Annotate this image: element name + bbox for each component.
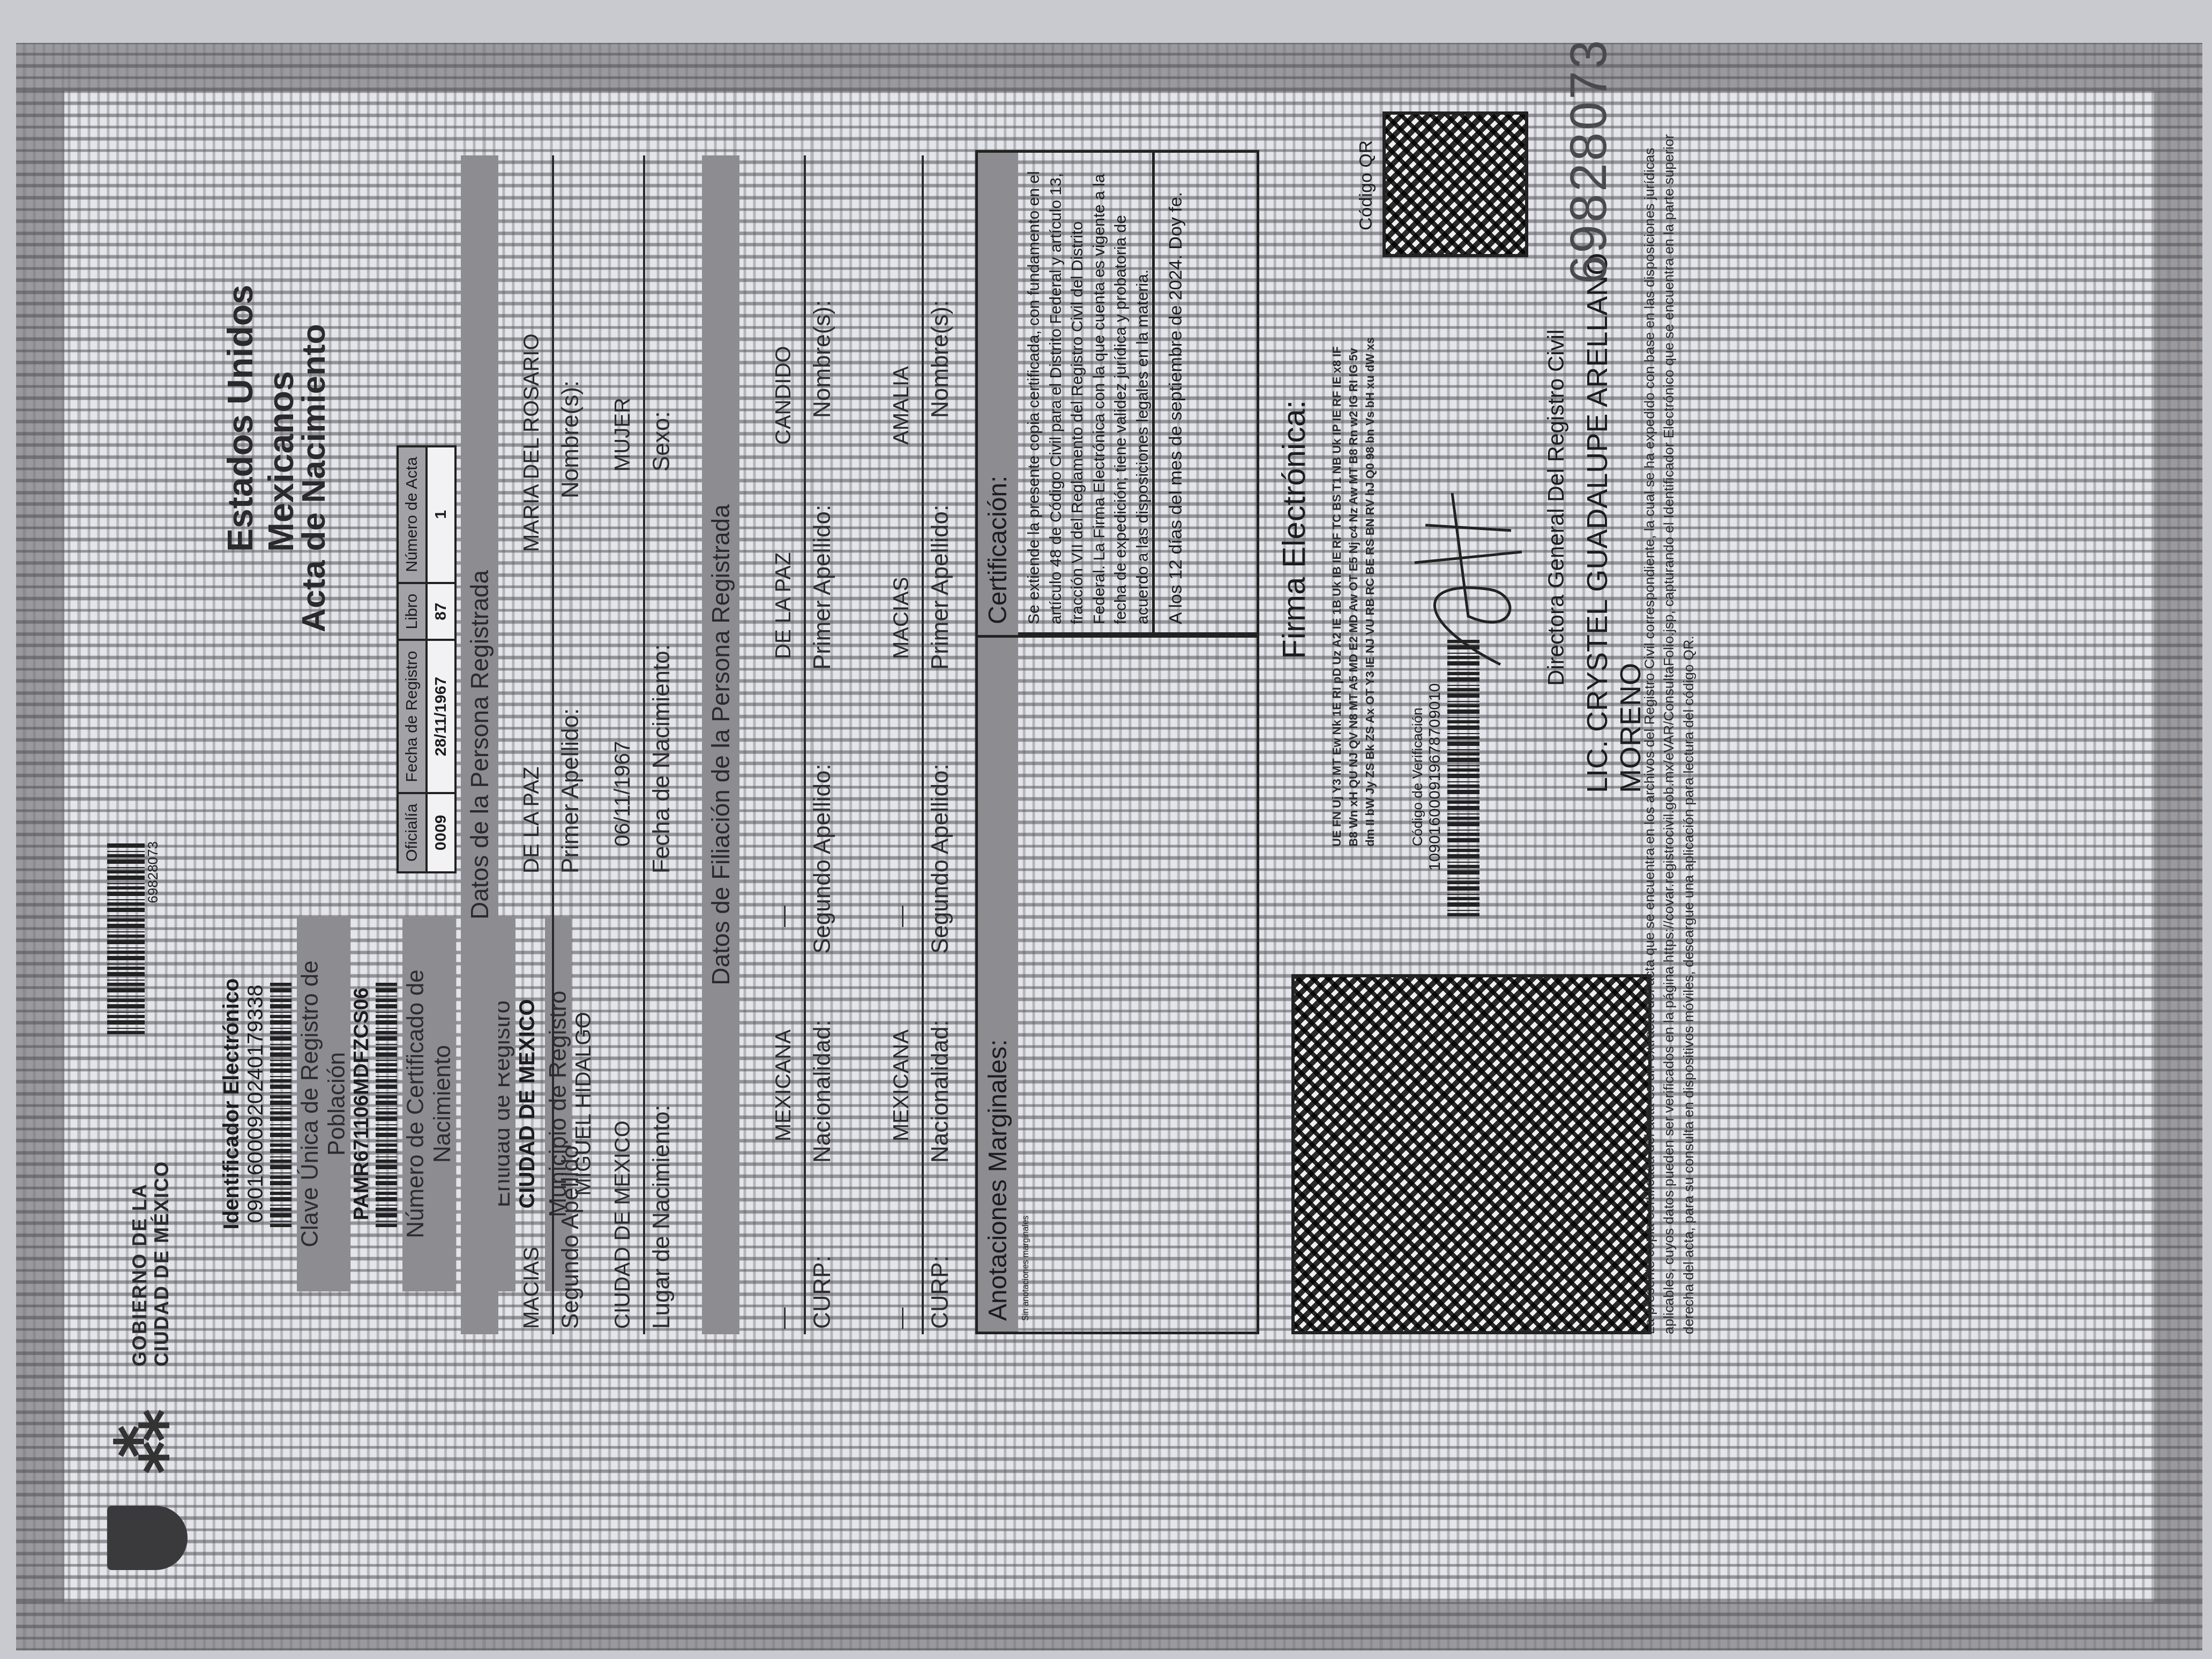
marginal-notes-box: Anotaciones Marginales: Sin anotaciones … [975,632,1259,1334]
qr-code-large-icon [1291,974,1651,1334]
person-sex-label: Sexo: [648,411,675,472]
identifiers-block: Identificador Electrónico 09016000920240… [220,916,596,1291]
verification-barcode-icon [1447,638,1479,916]
country-title: Estados Unidos Mexicanos [220,123,301,552]
divider [552,155,554,1334]
person-second-surname-value: MACIAS [520,1247,544,1329]
mother-second-surname-label: Segundo Apellido: [927,764,954,954]
cdmx-logo-icon: ⁂ [113,1409,177,1474]
table-header-numero-acta: Número de Acta [398,446,427,583]
table-header-libro: Libro [398,583,427,640]
table-cell-fecha-registro: 28/11/1967 [427,640,455,793]
father-names-value: CANDIDO [772,346,796,445]
table-header-oficialia: Oficialía [398,793,427,872]
table-cell-libro: 87 [427,583,455,640]
marginal-notes-title: Anotaciones Marginales: [978,635,1018,1332]
birth-cert-number-label: Número de Certificado de Nacimiento [402,916,456,1291]
person-names-value: MARIA DEL ROSARIO [520,334,544,552]
top-barcode-number: 69828073 [145,841,161,1034]
signer-role: Directora General Del Registro Civil [1543,330,1569,686]
person-birth-place-label: Lugar de Nacimiento: [648,1105,675,1329]
divider [804,155,806,1334]
electronic-id-label: Identificador Electrónico [220,916,244,1291]
document-content: ⁂ GOBIERNO DE LA CIUDAD DE MÉXICO 698280… [96,123,2122,1570]
table-header-fecha-registro: Fecha de Registro [398,640,427,793]
top-barcode: 69828073 [107,841,161,1034]
father-nationality-value: MEXICANA [772,1029,796,1141]
marginal-notes-text: Sin anotaciones marginales [1018,635,1034,1332]
father-first-surname-value: DE LA PAZ [772,552,796,659]
person-sex-value: MUJER [611,398,635,472]
verification-code: 109016000919678709010 [1426,616,1444,938]
mother-names-value: AMALIA [890,366,914,445]
curp-label: Clave Única de Registro de Población [297,916,350,1291]
person-birth-place-value: CIUDAD DE MEXICO [611,1120,635,1329]
father-curp-label: CURP: [809,1256,836,1329]
government-name: GOBIERNO DE LA CIUDAD DE MÉXICO [129,1161,173,1366]
person-birth-date-label: Fecha de Nacimiento: [648,644,675,873]
father-second-surname-value: — [772,906,796,927]
mother-curp-label: CURP: [927,1256,954,1329]
qr-code-small-icon [1382,111,1528,257]
government-line-1: GOBIERNO DE LA [129,1161,151,1366]
person-placeholder-dash: — [568,1013,592,1034]
verification-label: Código de Verificación [1409,616,1426,938]
signature-line-2: B8 Wn xH QU NJ QV N8 MT A5 MD E2 MD Aw O… [1346,177,1362,847]
father-curp-value: — [772,1307,796,1329]
certification-date-line: A los 12 días del mes de septiembre de 2… [1152,153,1257,635]
verification-block: Código de Verificación 10901600091967870… [1409,616,1483,938]
barcode-icon [107,841,145,1034]
registry-table: Oficialía Fecha de Registro Libro Número… [397,445,457,873]
table-cell-numero-acta: 1 [427,446,455,583]
curp-value: PAMR671106MDFZCS06 [350,916,373,1291]
filiation-section-title: Datos de Filiación de la Persona Registr… [702,155,739,1334]
electronic-signature-title: Firma Electrónica: [1275,400,1312,659]
person-names-label: Nombre(s): [557,380,584,498]
qr-code-label: Código QR [1356,140,1377,230]
electronic-id-value: 09016000920240179338 [244,916,268,1291]
person-first-surname-value: DE LA PAZ [520,767,544,873]
mother-curp-value: — [890,1307,914,1329]
mother-names-label: Nombre(s): [927,300,954,418]
registered-person-section-title: Datos de la Persona Registrada [461,155,498,1334]
government-line-2: CIUDAD DE MÉXICO [151,1161,173,1366]
person-birth-date-value: 06/11/1967 [611,741,635,847]
cdmx-shield-icon [107,1506,188,1570]
mother-first-surname-value: MACIAS [890,577,914,659]
registry-entity-value: CIUDAD DE MEXICO [515,916,540,1291]
mother-second-surname-value: — [890,906,914,927]
signature-line-3: dm II bW Jy ZS Bk ZS Ax OT Y3 IE NJ VU R… [1362,177,1379,847]
divider [643,155,645,1334]
curp-barcode [376,981,397,1227]
father-second-surname-label: Segundo Apellido: [809,764,836,954]
certification-box: Certificación: Se extiende la presente c… [975,150,1259,638]
certification-text: Se extiende la presente copia certificad… [1018,153,1159,635]
father-first-surname-label: Primer Apellido: [809,505,836,670]
person-first-surname-label: Primer Apellido: [557,708,584,873]
mother-nationality-label: Nacionalidad: [927,1020,954,1163]
document-folio: 69828073 [1559,38,1618,284]
electronic-id-barcode [270,981,292,1227]
divider [922,155,924,1334]
father-names-label: Nombre(s): [809,300,836,418]
father-nationality-label: Nacionalidad: [809,1020,836,1163]
mother-first-surname-label: Primer Apellido: [927,505,954,670]
table-cell-oficialia: 0009 [427,793,455,872]
legal-footer-text: La presente copia certificada del acta e… [1640,129,1698,1334]
person-second-surname-label: Segundo Apellido: [557,1139,584,1329]
document-title: Acta de Nacimiento [295,324,333,632]
birth-certificate-document: ⁂ GOBIERNO DE LA CIUDAD DE MÉXICO 698280… [16,43,2202,1650]
mother-nationality-value: MEXICANA [890,1029,914,1141]
signature-line-1: UE FN Uj Y3 MT Ew Nk 1E RI pD Uz A2 IE 1… [1329,177,1346,847]
electronic-signature-string: UE FN Uj Y3 MT Ew Nk 1E RI pD Uz A2 IE 1… [1329,177,1378,847]
certification-title: Certificación: [978,153,1018,635]
